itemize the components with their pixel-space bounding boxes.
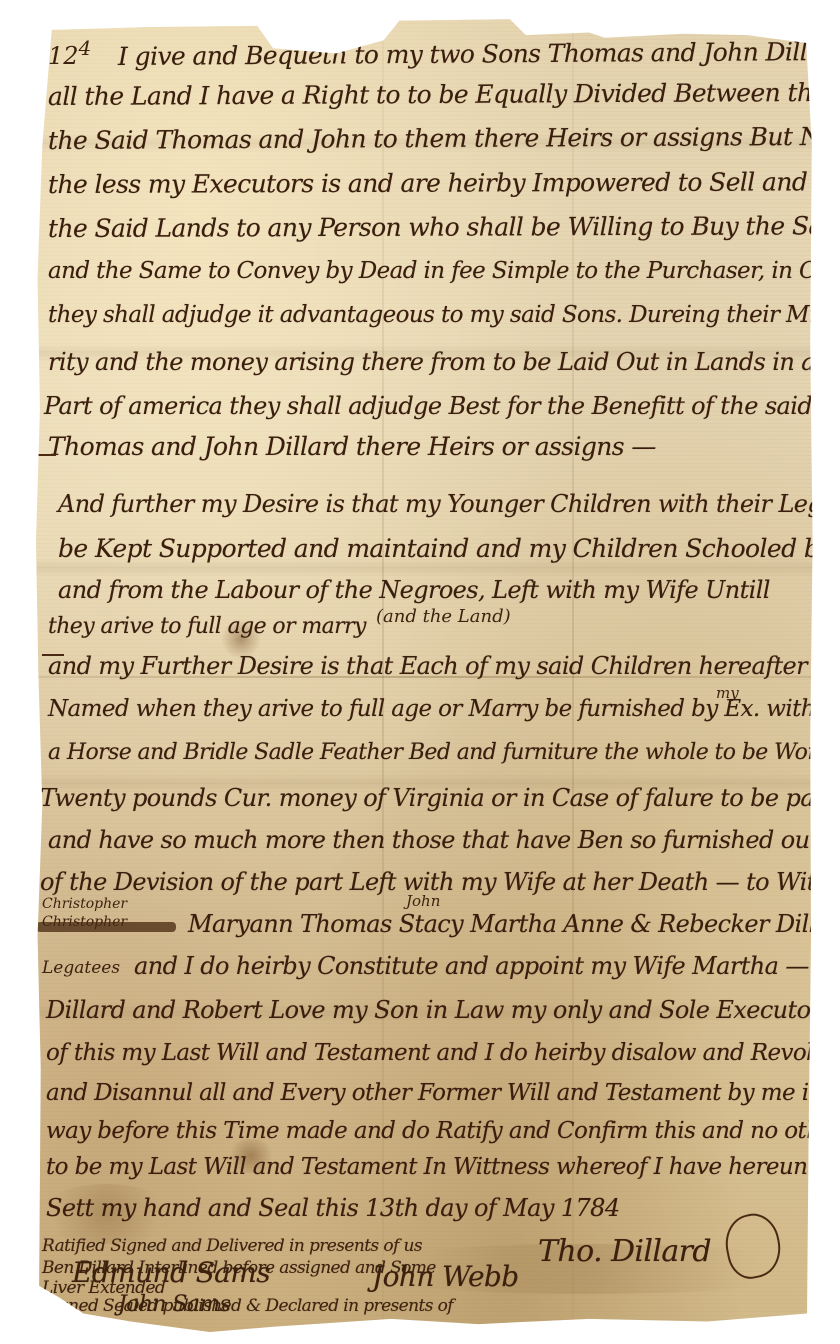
will-line: they arive to full age or marry	[48, 614, 366, 639]
margin-note-legatees: Legatees	[42, 958, 120, 978]
will-line: Named when they arive to full age or Mar…	[48, 696, 815, 722]
will-date-line: Sett my hand and Seal this 13th day of M…	[46, 1194, 620, 1222]
will-line: of this my Last Will and Testament and I…	[46, 1040, 832, 1066]
will-line: And further my Desire is that my Younger…	[58, 490, 840, 518]
will-line: Twenty pounds Cur. money of Virginia or …	[40, 784, 836, 812]
will-line: a Horse and Bridle Sadle Feather Bed and…	[48, 740, 840, 765]
will-line: way before this Time made and do Ratify …	[46, 1118, 840, 1144]
interlinear-insertion: (and the Land)	[376, 606, 511, 627]
will-line: Thomas and John Dillard there Heirs or a…	[48, 432, 656, 461]
will-line: and Disannul all and Every other Former …	[46, 1080, 840, 1106]
will-line: the less my Executors is and are heirby …	[48, 167, 840, 199]
witness-signature: Edmund Sams	[72, 1256, 270, 1289]
page-number-superscript: 4	[79, 36, 92, 60]
witness-signature: John Webb	[372, 1260, 519, 1293]
will-line: they shall adjudge it advantageous to my…	[48, 302, 840, 328]
page-number-value: 12	[48, 42, 79, 70]
children-names-line: Maryann Thomas Stacy Martha Anne & Rebec…	[188, 910, 840, 938]
will-line: the Said Thomas and John to them there H…	[48, 122, 840, 155]
will-line: all the Land I have a Right to to be Equ…	[48, 78, 840, 111]
will-line: be Kept Supported and maintaind and my C…	[58, 534, 833, 563]
will-line: and from the Labour of the Negroes, Left…	[58, 576, 770, 604]
struck-name: Christopher	[42, 896, 127, 912]
testator-signature: Tho. Dillard	[538, 1234, 711, 1269]
page-number: 124	[48, 36, 91, 70]
will-line: Part of america they shall adjudge Best …	[44, 392, 840, 420]
will-line: the Said Lands to any Person who shall b…	[48, 211, 840, 243]
witness-signatures: Edmund Sams John Sams John Webb	[72, 1290, 832, 1340]
attestation-line: Ratified Signed and Delivered in present…	[42, 1236, 422, 1256]
strike-through	[36, 922, 176, 932]
will-line: Dillard and Robert Love my Son in Law my…	[46, 996, 833, 1024]
will-line: and the Same to Convey by Dead in fee Si…	[48, 258, 840, 284]
will-line: to be my Last Will and Testament In Witt…	[46, 1154, 829, 1180]
will-line: and my Further Desire is that Each of my…	[48, 652, 807, 680]
margin-rule	[36, 454, 56, 456]
will-line: rity and the money arising there from to…	[48, 348, 840, 376]
will-line: I give and Bequeth to my two Sons Thomas…	[118, 37, 840, 71]
will-line: and I do heirby Constitute and appoint m…	[134, 952, 809, 980]
interlinear-insertion: John	[406, 892, 440, 910]
witness-signature: John Sams	[118, 1292, 230, 1317]
will-document-page: 124 I give and Bequeth to my two Sons Th…	[36, 14, 826, 1332]
will-line: and have so much more then those that ha…	[48, 826, 818, 854]
